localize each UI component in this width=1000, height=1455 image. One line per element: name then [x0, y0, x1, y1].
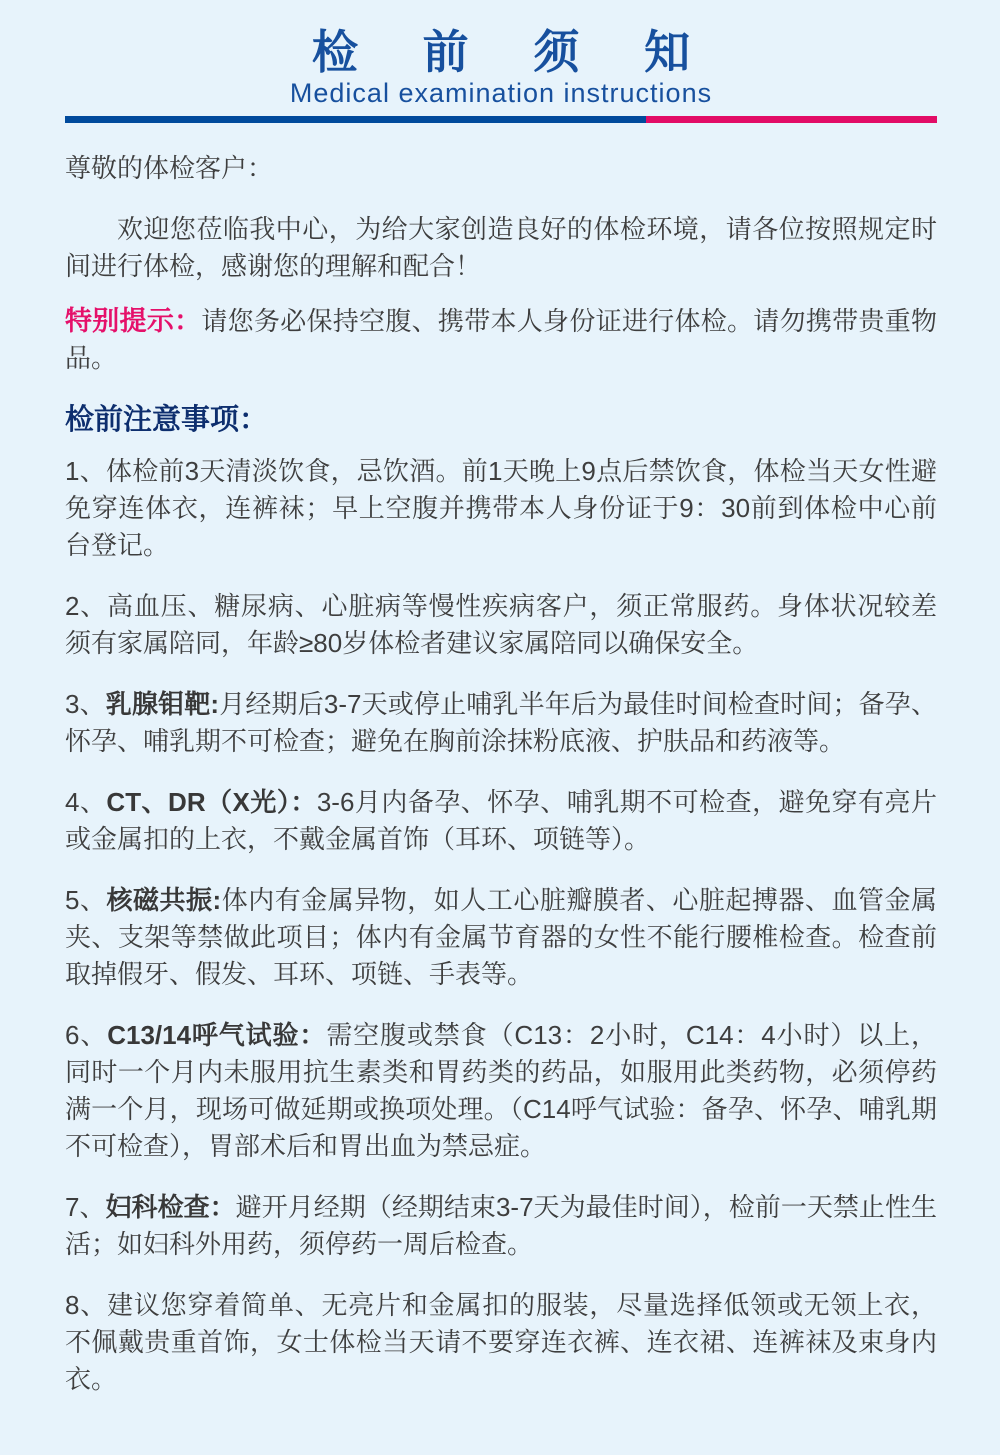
greeting-line: 尊敬的体检客户： — [65, 151, 937, 185]
item-number: 5、 — [65, 885, 106, 915]
item-term: 核磁共振: — [106, 885, 221, 915]
item-number: 7、 — [65, 1192, 106, 1222]
page-title: 检 前 须 知 — [65, 26, 937, 78]
header-divider — [65, 116, 937, 123]
page-subtitle-english: Medical examination instructions — [65, 78, 937, 108]
item-text: 高血压、糖尿病、心脏病等慢性疾病客户，须正常服药。身体状况较差须有家属陪同，年龄… — [65, 591, 937, 658]
item-term: 乳腺钼靶: — [106, 689, 219, 719]
item-term: C13/14呼气试验： — [107, 1020, 326, 1050]
item-number: 2、 — [65, 591, 107, 621]
item-text: 体检前3天清淡饮食，忌饮酒。前1天晚上9点后禁饮食，体检当天女性避免穿连体衣，连… — [65, 456, 937, 560]
special-note-label: 特别提示： — [65, 306, 201, 336]
divider-blue-segment — [65, 116, 646, 123]
item-number: 1、 — [65, 456, 106, 486]
notice-item-7: 7、妇科检查：避开月经期（经期结束3-7天为最佳时间），检前一天禁止性生活；如妇… — [65, 1189, 937, 1263]
notice-item-8: 8、建议您穿着简单、无亮片和金属扣的服装，尽量选择低领或无领上衣，不佩戴贵重首饰… — [65, 1287, 937, 1398]
special-note-paragraph: 特别提示：请您务必保持空腹、携带本人身份证进行体检。请勿携带贵重物品。 — [65, 303, 937, 377]
item-term: CT、DR（X光）： — [106, 787, 316, 817]
notice-item-6: 6、C13/14呼气试验：需空腹或禁食（C13：2小时，C14：4小时）以上，同… — [65, 1017, 937, 1165]
divider-red-segment — [646, 116, 937, 123]
document-page: 检 前 须 知 Medical examination instructions… — [0, 0, 1000, 1418]
item-number: 8、 — [65, 1290, 107, 1320]
item-number: 6、 — [65, 1020, 107, 1050]
notice-item-5: 5、核磁共振:体内有金属异物，如人工心脏瓣膜者、心脏起搏器、血管金属夹、支架等禁… — [65, 882, 937, 993]
notice-item-2: 2、高血压、糖尿病、心脏病等慢性疾病客户，须正常服药。身体状况较差须有家属陪同，… — [65, 588, 937, 662]
notice-item-1: 1、体检前3天清淡饮食，忌饮酒。前1天晚上9点后禁饮食，体检当天女性避免穿连体衣… — [65, 453, 937, 564]
notice-item-3: 3、乳腺钼靶:月经期后3-7天或停止哺乳半年后为最佳时间检查时间；备孕、怀孕、哺… — [65, 686, 937, 760]
notice-item-4: 4、CT、DR（X光）：3-6月内备孕、怀孕、哺乳期不可检查，避免穿有亮片或金属… — [65, 784, 937, 858]
item-text: 建议您穿着简单、无亮片和金属扣的服装，尽量选择低领或无领上衣，不佩戴贵重首饰，女… — [65, 1290, 937, 1394]
intro-paragraph: 欢迎您莅临我中心，为给大家创造良好的体检环境，请各位按照规定时间进行体检，感谢您… — [65, 211, 937, 285]
notice-list: 1、体检前3天清淡饮食，忌饮酒。前1天晚上9点后禁饮食，体检当天女性避免穿连体衣… — [65, 453, 937, 1398]
item-term: 妇科检查： — [106, 1192, 236, 1222]
item-number: 3、 — [65, 689, 106, 719]
item-number: 4、 — [65, 787, 106, 817]
section-heading: 检前注意事项： — [65, 399, 937, 441]
